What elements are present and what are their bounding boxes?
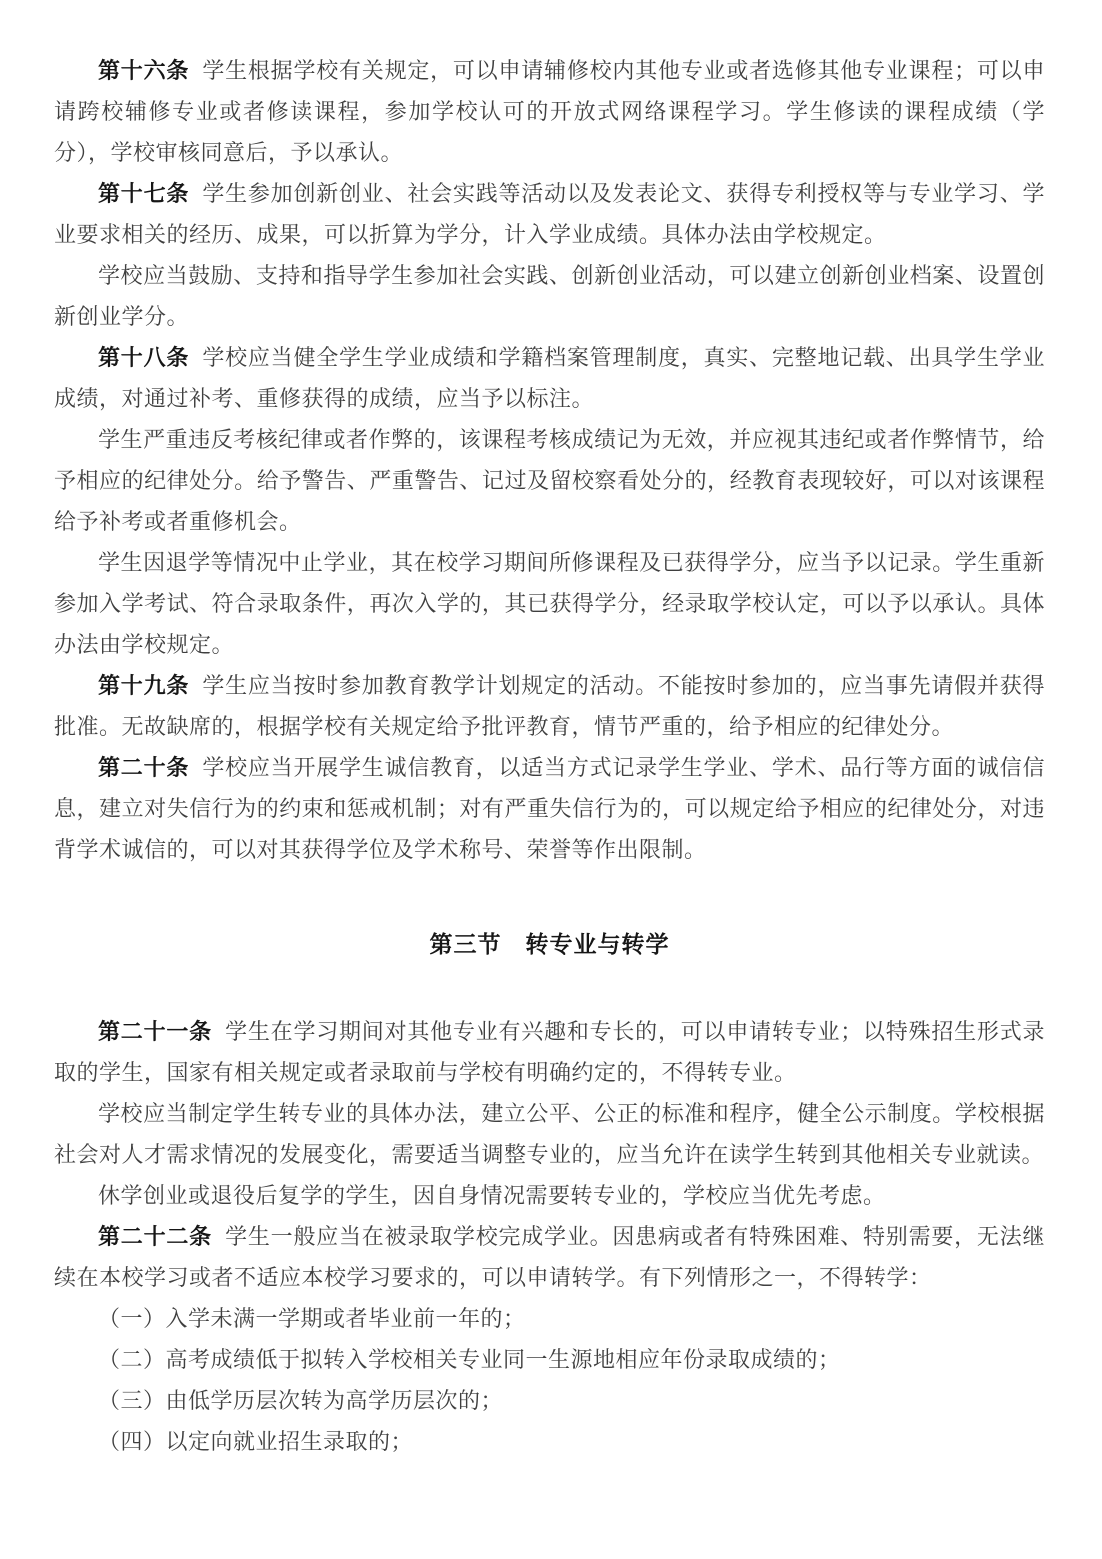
article-paragraph: 第二十二条学生一般应当在被录取学校完成学业。因患病或者有特殊困难、特别需要，无法… (54, 1216, 1045, 1298)
paragraph-text: 学生根据学校有关规定，可以申请辅修校内其他专业或者选修其他专业课程；可以申请跨校… (54, 58, 1045, 165)
paragraph-text: 学校应当健全学生学业成绩和学籍档案管理制度，真实、完整地记载、出具学生学业成绩，… (54, 345, 1045, 411)
paragraph-text: 休学创业或退役后复学的学生，因自身情况需要转专业的，学校应当优先考虑。 (98, 1183, 886, 1208)
article-paragraph: 学生严重违反考核纪律或者作弊的，该课程考核成绩记为无效，并应视其违纪或者作弊情节… (54, 419, 1045, 542)
paragraph-text: 学校应当制定学生转专业的具体办法，建立公平、公正的标准和程序，健全公示制度。学校… (54, 1101, 1045, 1167)
list-item: （一）入学未满一学期或者毕业前一年的； (54, 1298, 1045, 1339)
list-item: （二）高考成绩低于拟转入学校相关专业同一生源地相应年份录取成绩的； (54, 1339, 1045, 1380)
article-number: 第十八条 (98, 345, 189, 370)
article-paragraph: 第十六条学生根据学校有关规定，可以申请辅修校内其他专业或者选修其他专业课程；可以… (54, 50, 1045, 173)
article-paragraph: 第十八条学校应当健全学生学业成绩和学籍档案管理制度，真实、完整地记载、出具学生学… (54, 337, 1045, 419)
list-item: （三）由低学历层次转为高学历层次的； (54, 1380, 1045, 1421)
list-item: （四）以定向就业招生录取的； (54, 1421, 1045, 1462)
document-page: 第十六条学生根据学校有关规定，可以申请辅修校内其他专业或者选修其他专业课程；可以… (0, 0, 1102, 1559)
article-number: 第十九条 (98, 673, 189, 698)
paragraph-text: 学校应当鼓励、支持和指导学生参加社会实践、创新创业活动，可以建立创新创业档案、设… (54, 263, 1045, 329)
paragraph-text: （二）高考成绩低于拟转入学校相关专业同一生源地相应年份录取成绩的； (98, 1347, 841, 1372)
paragraph-text: 学生因退学等情况中止学业，其在校学习期间所修课程及已获得学分，应当予以记录。学生… (54, 550, 1045, 657)
article-paragraph: 第二十一条学生在学习期间对其他专业有兴趣和专长的，可以申请转专业；以特殊招生形式… (54, 1011, 1045, 1093)
article-paragraph: 学校应当制定学生转专业的具体办法，建立公平、公正的标准和程序，健全公示制度。学校… (54, 1093, 1045, 1175)
article-number: 第二十一条 (98, 1019, 212, 1044)
paragraph-text: （四）以定向就业招生录取的； (98, 1429, 413, 1454)
section-heading: 第三节 转专业与转学 (54, 924, 1045, 965)
paragraph-text: （三）由低学历层次转为高学历层次的； (98, 1388, 503, 1413)
article-paragraph: 学校应当鼓励、支持和指导学生参加社会实践、创新创业活动，可以建立创新创业档案、设… (54, 255, 1045, 337)
paragraph-text: 学生应当按时参加教育教学计划规定的活动。不能按时参加的，应当事先请假并获得批准。… (54, 673, 1045, 739)
paragraph-text: 学校应当开展学生诚信教育，以适当方式记录学生学业、学术、品行等方面的诚信信息，建… (54, 755, 1045, 862)
article-paragraph: 第十七条学生参加创新创业、社会实践等活动以及发表论文、获得专利授权等与专业学习、… (54, 173, 1045, 255)
article-number: 第二十二条 (98, 1224, 212, 1249)
article-number: 第二十条 (98, 755, 189, 780)
article-number: 第十七条 (98, 181, 189, 206)
article-paragraph: 学生因退学等情况中止学业，其在校学习期间所修课程及已获得学分，应当予以记录。学生… (54, 542, 1045, 665)
paragraph-text: 学生严重违反考核纪律或者作弊的，该课程考核成绩记为无效，并应视其违纪或者作弊情节… (54, 427, 1045, 534)
paragraph-text: 学生参加创新创业、社会实践等活动以及发表论文、获得专利授权等与专业学习、学业要求… (54, 181, 1045, 247)
article-paragraph: 休学创业或退役后复学的学生，因自身情况需要转专业的，学校应当优先考虑。 (54, 1175, 1045, 1216)
article-paragraph: 第二十条学校应当开展学生诚信教育，以适当方式记录学生学业、学术、品行等方面的诚信… (54, 747, 1045, 870)
article-number: 第十六条 (98, 58, 189, 83)
article-paragraph: 第十九条学生应当按时参加教育教学计划规定的活动。不能按时参加的，应当事先请假并获… (54, 665, 1045, 747)
paragraph-text: （一）入学未满一学期或者毕业前一年的； (98, 1306, 526, 1331)
